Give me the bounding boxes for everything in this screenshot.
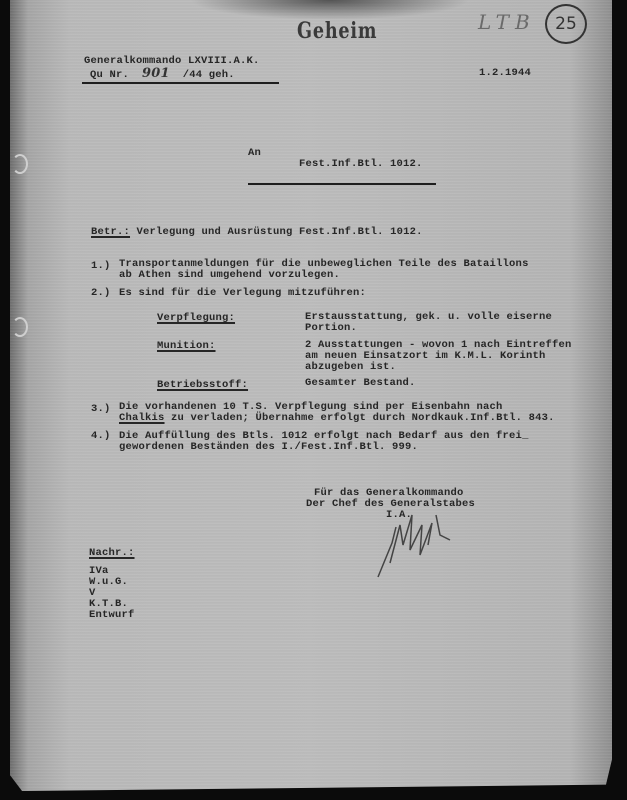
item-1-line2: ab Athen sind umgehend vorzulegen. [119, 270, 340, 281]
subject-line: Betr.: Verlegung und Ausrüstung Fest.Inf… [91, 227, 423, 238]
item-4-line2: gewordenen Beständen des I./Fest.Inf.Btl… [119, 442, 418, 453]
equipment-verpflegung-line2: Portion. [305, 323, 357, 334]
binder-hole-bottom [12, 317, 28, 337]
item-4-num: 4.) [91, 431, 111, 442]
ref-number-handwritten: 901 [142, 66, 170, 81]
handwritten-signature [370, 505, 470, 585]
item-2-line1: Es sind für die Verlegung mitzuführen: [119, 288, 366, 299]
item-2-num: 2.) [91, 288, 111, 299]
item-3-num: 3.) [91, 404, 111, 415]
equipment-label-verpflegung: Verpflegung: [157, 313, 235, 324]
classification-stamp: Geheim [297, 18, 377, 44]
scan-shadow [190, 0, 470, 20]
sender-line1: Generalkommando LXVIII.A.K. [84, 56, 260, 67]
recipient: Fest.Inf.Btl. 1012. [299, 159, 423, 170]
page-number: 25 [555, 14, 577, 34]
chalkis: Chalkis [119, 412, 165, 424]
ref-suffix: /44 geh. [183, 69, 235, 81]
recipient-label: An [248, 148, 261, 159]
sender-line2: Qu Nr. 901 /44 geh. [90, 68, 235, 81]
recipient-rule [248, 183, 436, 185]
binder-hole-top [12, 154, 28, 174]
item-3-line2: Chalkis zu verladen; Übernahme erfolgt d… [119, 413, 555, 424]
equipment-munition-line3: abzugeben ist. [305, 362, 396, 373]
equipment-label-betriebsstoff: Betriebsstoff: [157, 380, 248, 391]
date: 1.2.1944 [479, 68, 531, 79]
distribution-item: Entwurf [89, 610, 135, 621]
sender-underline [82, 82, 279, 84]
subject: Verlegung und Ausrüstung Fest.Inf.Btl. 1… [137, 226, 423, 238]
ref-prefix: Qu Nr. [90, 69, 129, 81]
subject-label: Betr.: [91, 226, 130, 238]
page-number-circle: 25 [545, 4, 587, 44]
equipment-betriebsstoff-line1: Gesamter Bestand. [305, 378, 416, 389]
archive-mark: LTB [478, 10, 536, 34]
item-3-line2-text: zu verladen; Übernahme erfolgt durch Nor… [171, 412, 555, 424]
item-1-num: 1.) [91, 261, 111, 272]
equipment-label-munition: Munition: [157, 341, 216, 352]
document-page [10, 0, 612, 791]
distribution-label: Nachr.: [89, 548, 135, 559]
